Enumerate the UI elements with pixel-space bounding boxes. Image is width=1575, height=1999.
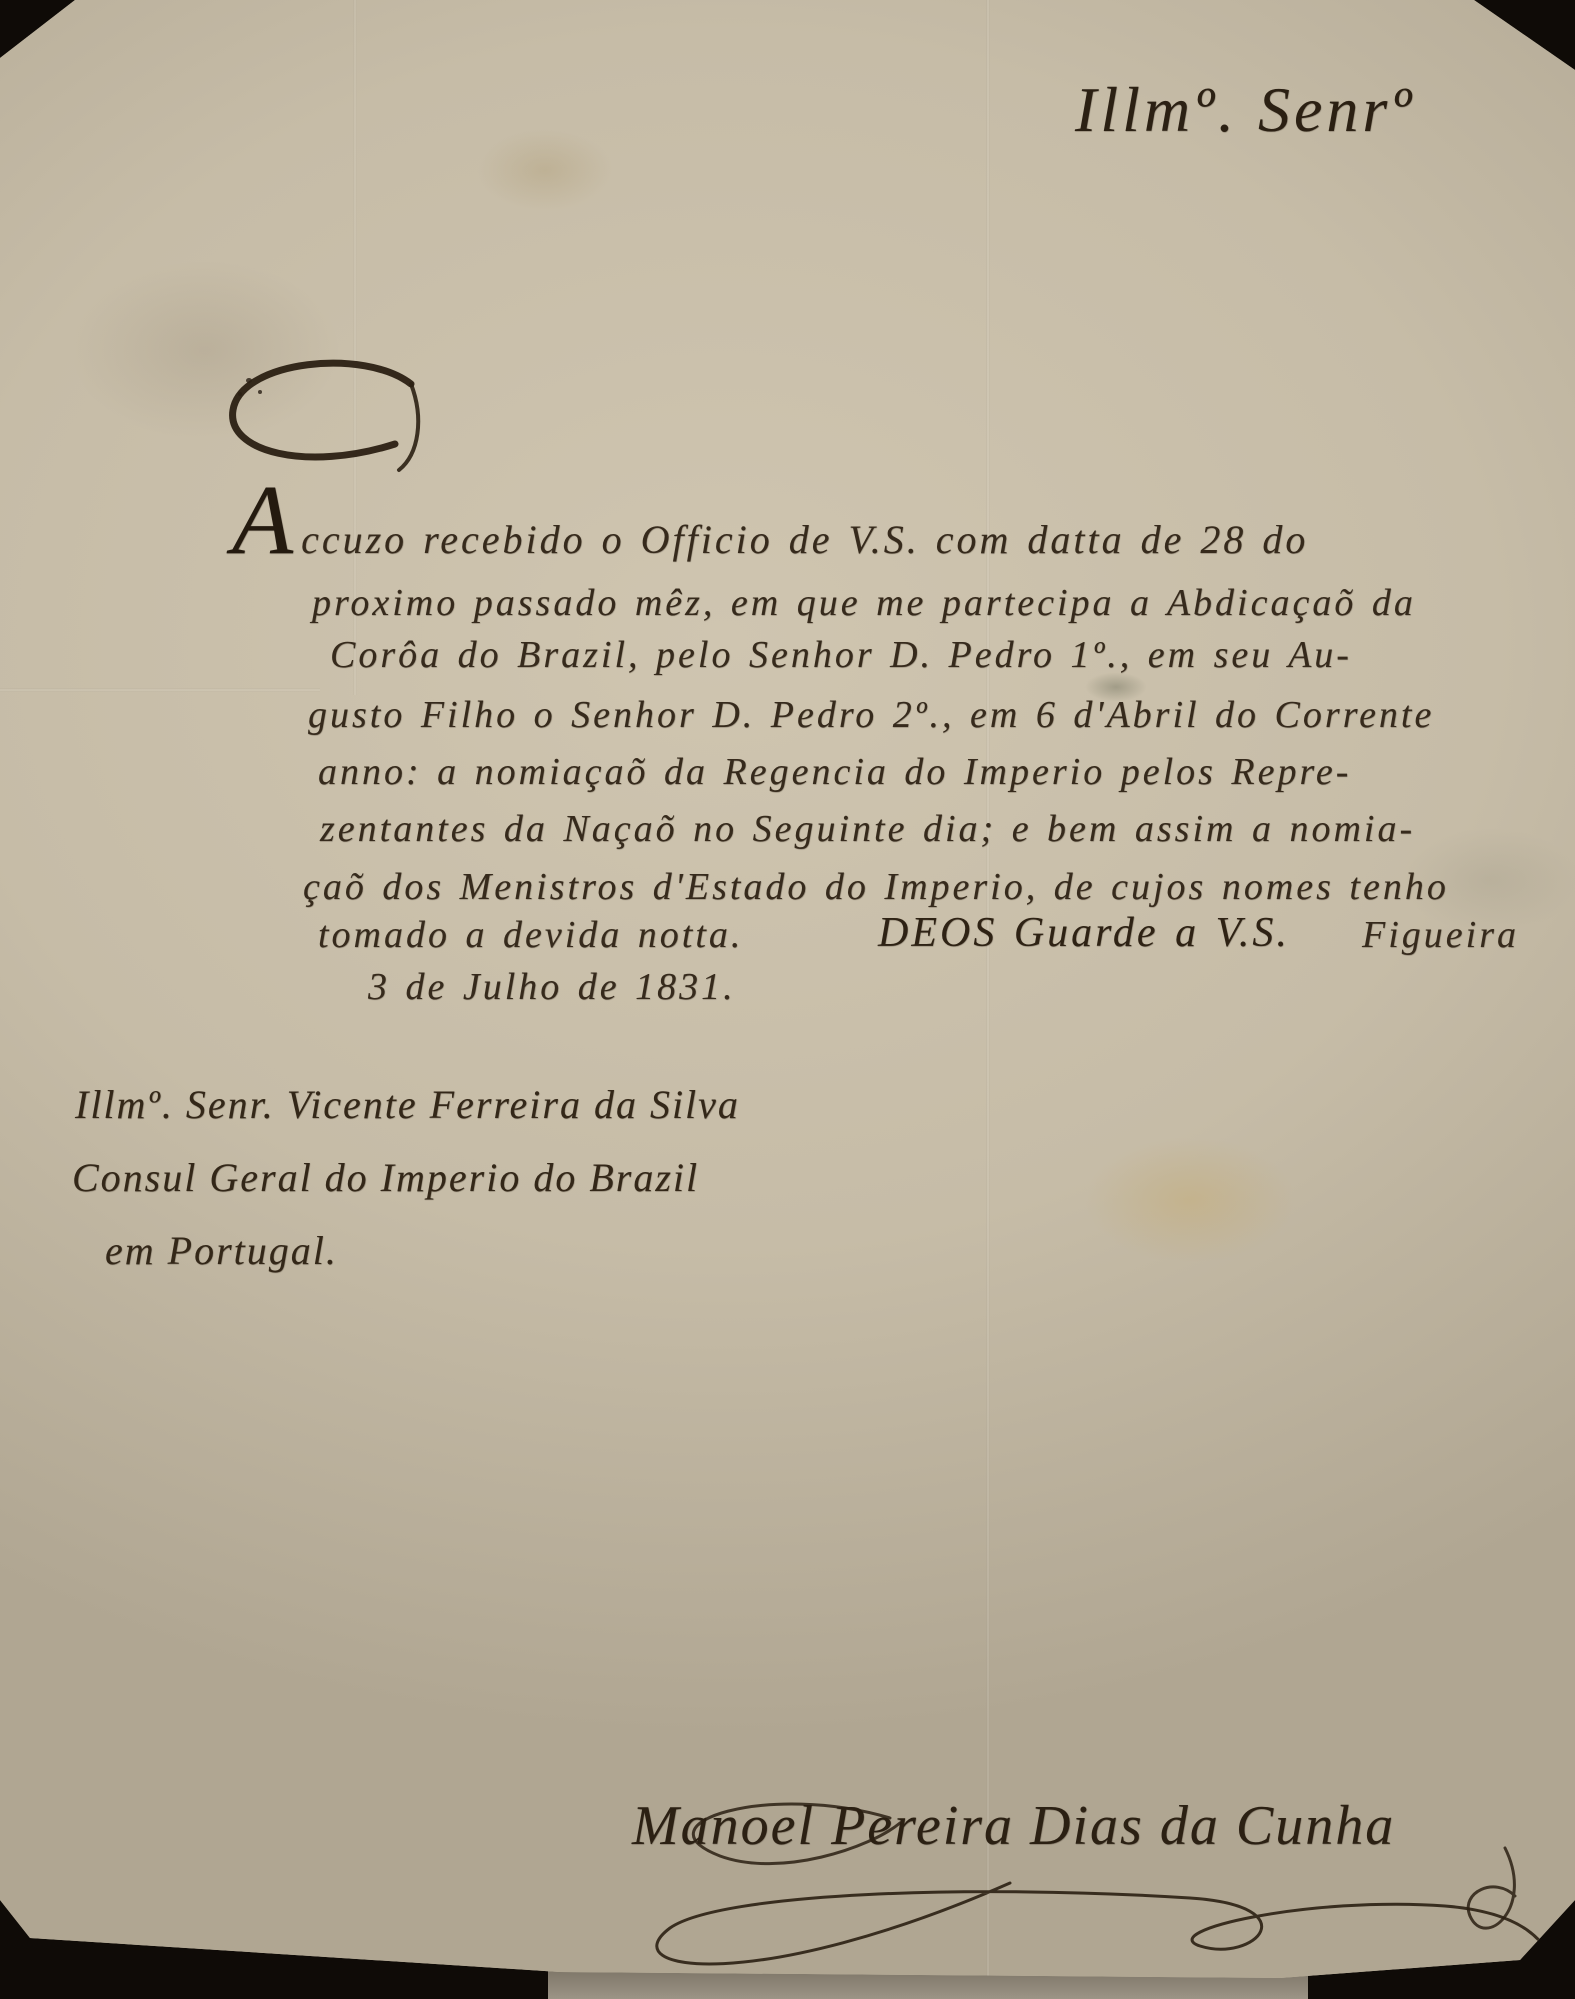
scanned-letter: Illmº. Senrº Accuzo recebido o Officio d…: [0, 0, 1575, 1999]
salutation: Illmº. Senrº: [1075, 78, 1415, 142]
address-line: em Portugal.: [105, 1231, 338, 1271]
address-line: Illmº. Senr. Vicente Ferreira da Silva: [75, 1085, 740, 1125]
body-line: proximo passado mêz, em que me partecipa…: [312, 584, 1416, 622]
body-line: Accuzo recebido o Officio de V.S. com da…: [232, 470, 1308, 570]
signature-flourish: [540, 1788, 1570, 1996]
address-line: Consul Geral do Imperio do Brazil: [72, 1158, 699, 1198]
fold-crease-vertical-center: [986, 0, 990, 1999]
fold-crease-horizontal-left: [0, 688, 320, 692]
body-line: gusto Filho o Senhor D. Pedro 2º., em 6 …: [308, 696, 1434, 734]
initial-flourish: [215, 358, 427, 480]
closing-valediction: DEOS Guarde a V.S.: [878, 912, 1290, 954]
closing-place: Figueira: [1362, 916, 1519, 954]
closing-date: 3 de Julho de 1831.: [368, 968, 736, 1006]
body-line: zentantes da Naçaõ no Seguinte dia; e be…: [320, 810, 1415, 848]
body-line: çaõ dos Menistros d'Estado do Imperio, d…: [303, 868, 1449, 906]
body-line: Corôa do Brazil, pelo Senhor D. Pedro 1º…: [330, 636, 1352, 674]
body-line: anno: a nomiaçaõ da Regencia do Imperio …: [318, 753, 1351, 791]
closing-note: tomado a devida notta.: [318, 916, 743, 954]
paper-sheet: Illmº. Senrº Accuzo recebido o Officio d…: [0, 0, 1575, 1999]
